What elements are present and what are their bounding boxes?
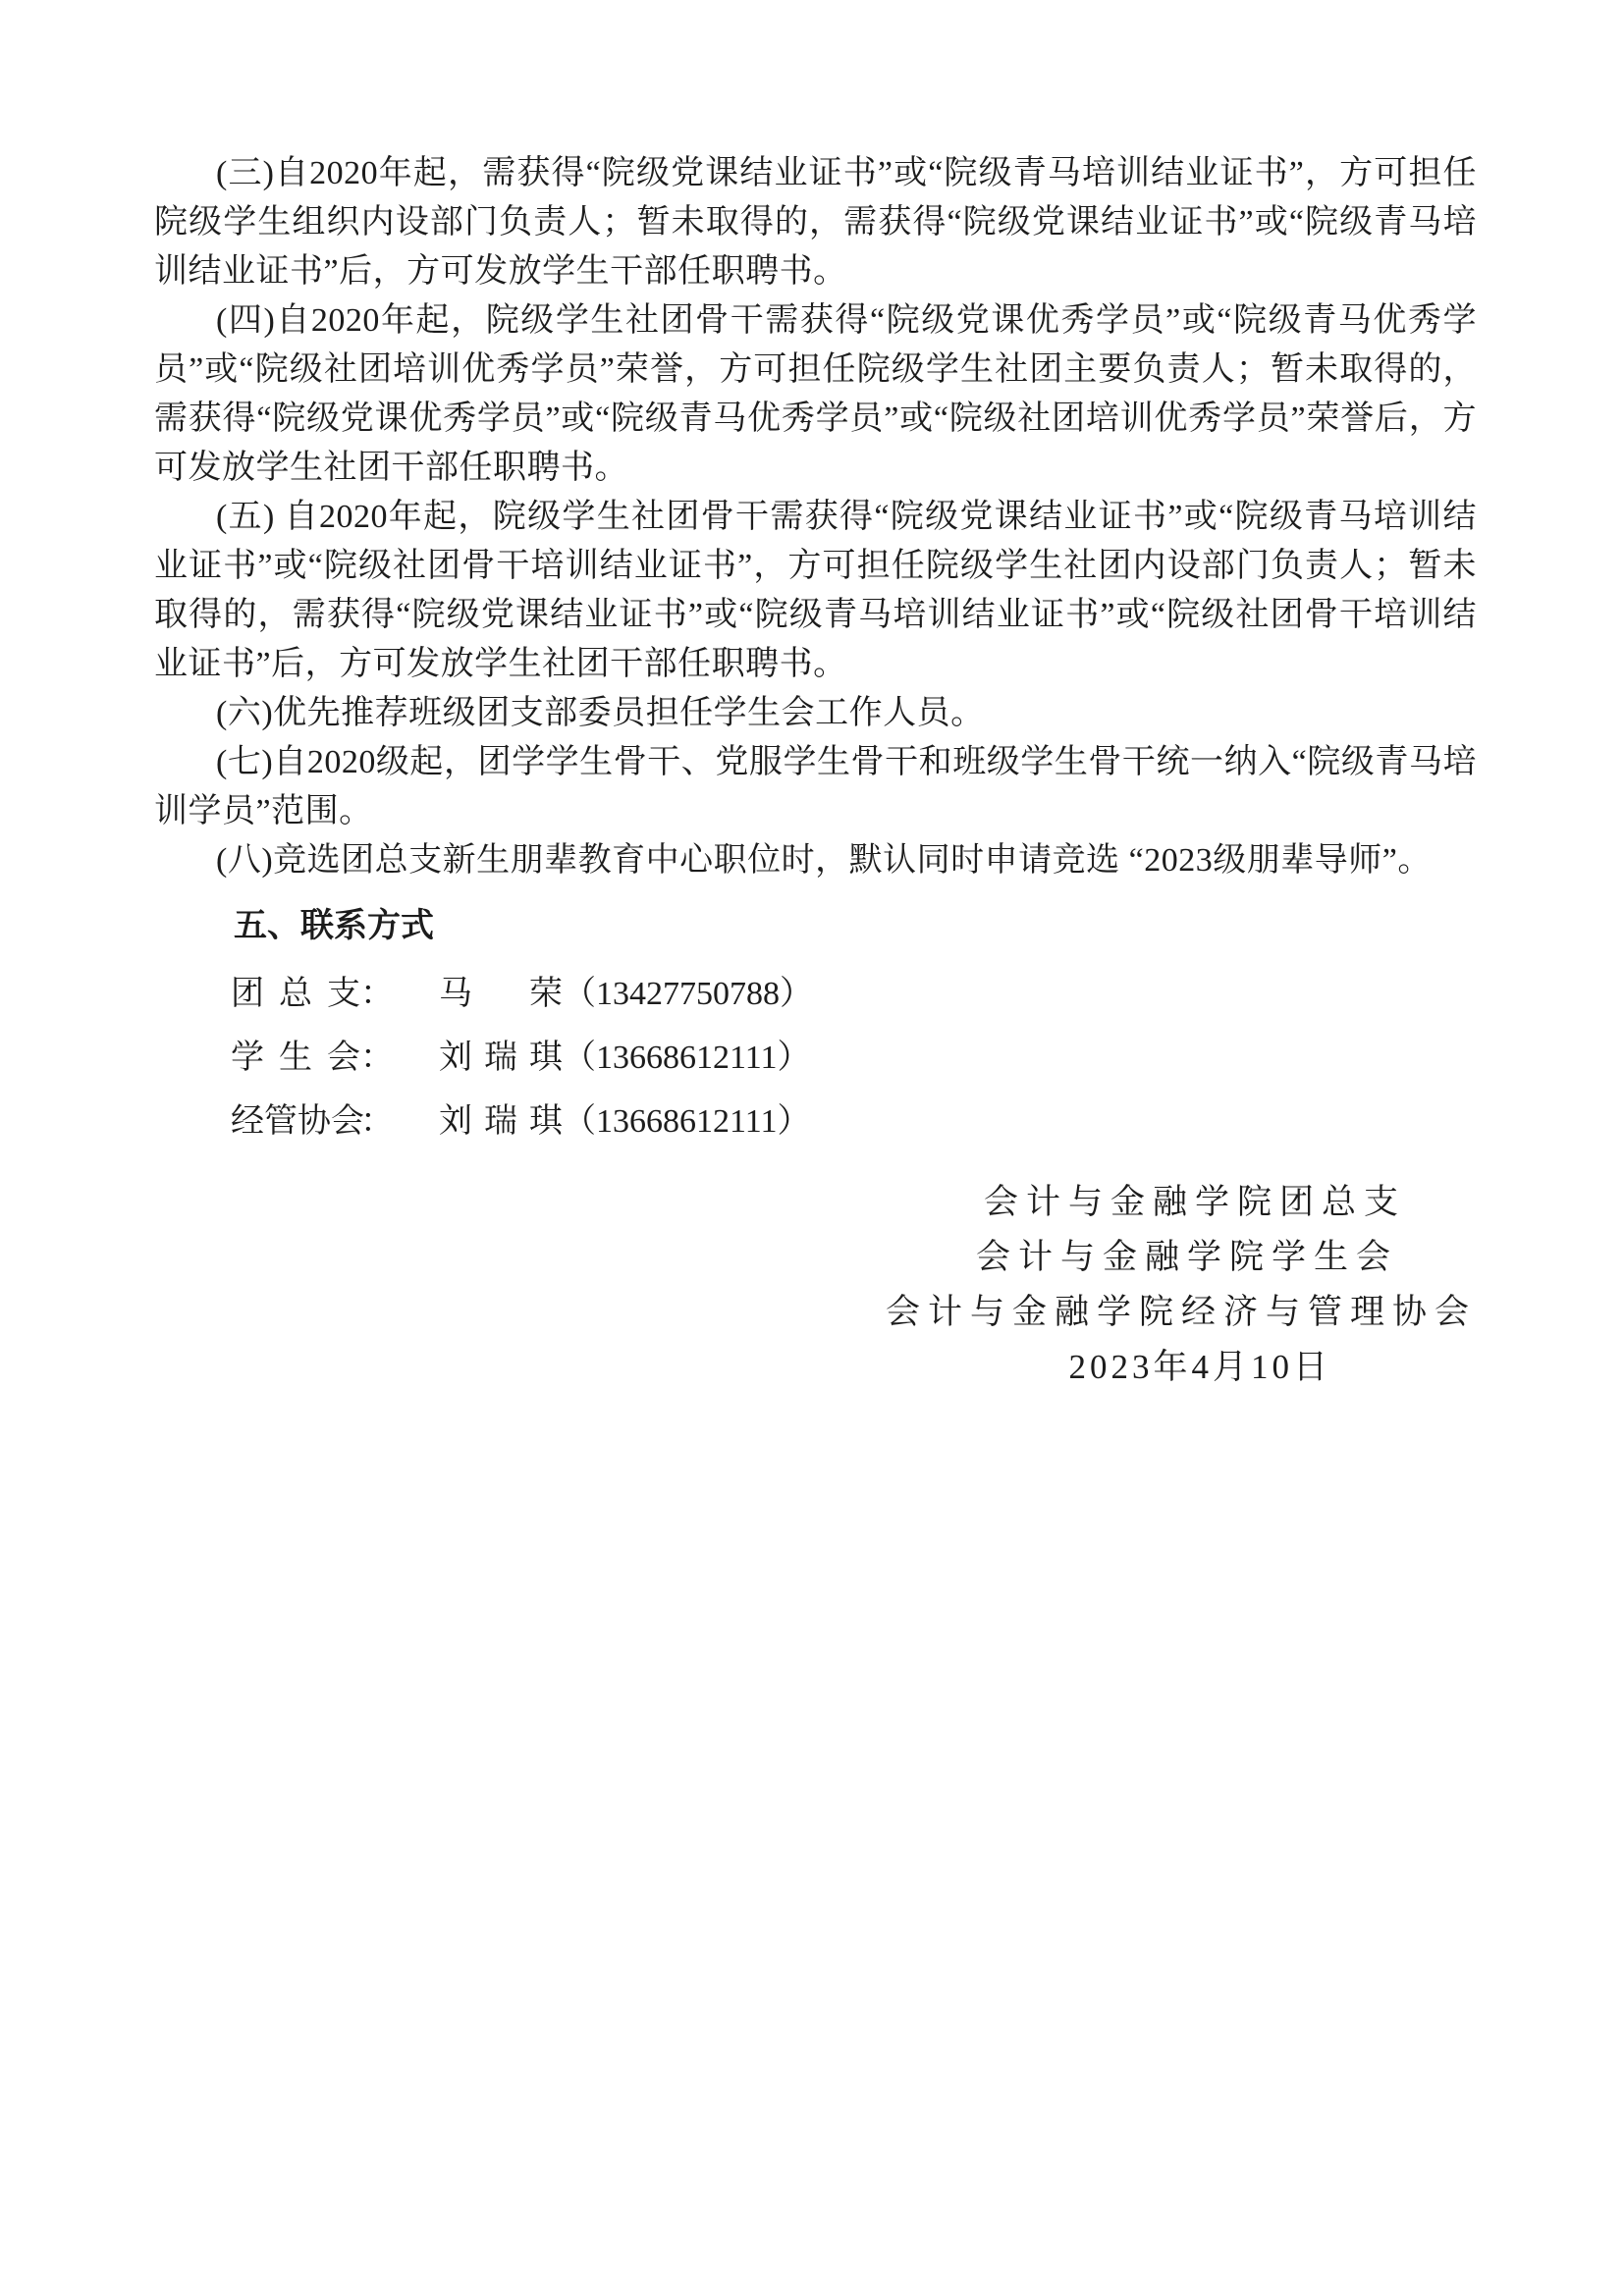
paragraph-clause-7: (七)自2020级起，团学学生骨干、党服学生骨干和班级学生骨干统一纳入“院级青马… <box>154 738 1477 836</box>
paragraph-clause-3: (三)自2020年起，需获得“院级党课结业证书”或“院级青马培训结业证书”，方可… <box>154 149 1477 296</box>
contact-label: 经管协会 <box>231 1090 360 1153</box>
contact-phone: （13427750788） <box>563 962 813 1026</box>
document-content: (三)自2020年起，需获得“院级党课结业证书”或“院级青马培训结业证书”，方可… <box>0 0 1624 1395</box>
contact-colon: ： <box>360 1026 394 1090</box>
section-heading-contact: 五、联系方式 <box>154 901 1477 950</box>
contact-row-econ-mgmt-assoc: 经管协会：刘瑞琪（13668612111） <box>154 1090 1477 1153</box>
paragraph-clause-4: (四)自2020年起，院级学生社团骨干需获得“院级党课优秀学员”或“院级青马优秀… <box>154 296 1477 493</box>
signature-block: 会计与金融学院团总支 会计与金融学院学生会 会计与金融学院经济与管理协会 202… <box>154 1175 1477 1395</box>
contact-row-league-branch: 团总支：马荣（13427750788） <box>154 962 1477 1026</box>
signature-org-league-branch: 会计与金融学院团总支 <box>154 1175 1406 1230</box>
contact-name: 刘瑞琪 <box>439 1026 563 1090</box>
signature-org-econ-mgmt-assoc: 会计与金融学院经济与管理协会 <box>154 1285 1477 1340</box>
paragraph-clause-6: (六)优先推荐班级团支部委员担任学生会工作人员。 <box>154 689 1477 738</box>
contact-colon: ： <box>360 962 394 1026</box>
paragraph-clause-8: (八)竞选团总支新生朋辈教育中心职位时，默认同时申请竞选 “2023级朋辈导师”… <box>154 836 1477 885</box>
contact-name: 刘瑞琪 <box>439 1090 563 1153</box>
contact-phone: （13668612111） <box>563 1090 810 1153</box>
document-page: (三)自2020年起，需获得“院级党课结业证书”或“院级青马培训结业证书”，方可… <box>0 0 1624 2296</box>
signature-org-student-union: 会计与金融学院学生会 <box>154 1230 1398 1285</box>
contact-colon: ： <box>360 1090 394 1153</box>
contact-row-student-union: 学生会：刘瑞琪（13668612111） <box>154 1026 1477 1090</box>
paragraph-clause-5: (五) 自2020年起，院级学生社团骨干需获得“院级党课结业证书”或“院级青马培… <box>154 493 1477 689</box>
signature-date: 2023年4月10日 <box>154 1340 1331 1395</box>
contact-phone: （13668612111） <box>563 1026 810 1090</box>
contact-label: 学生会 <box>231 1026 360 1090</box>
contact-name: 马荣 <box>439 962 563 1026</box>
contact-label: 团总支 <box>231 962 360 1026</box>
